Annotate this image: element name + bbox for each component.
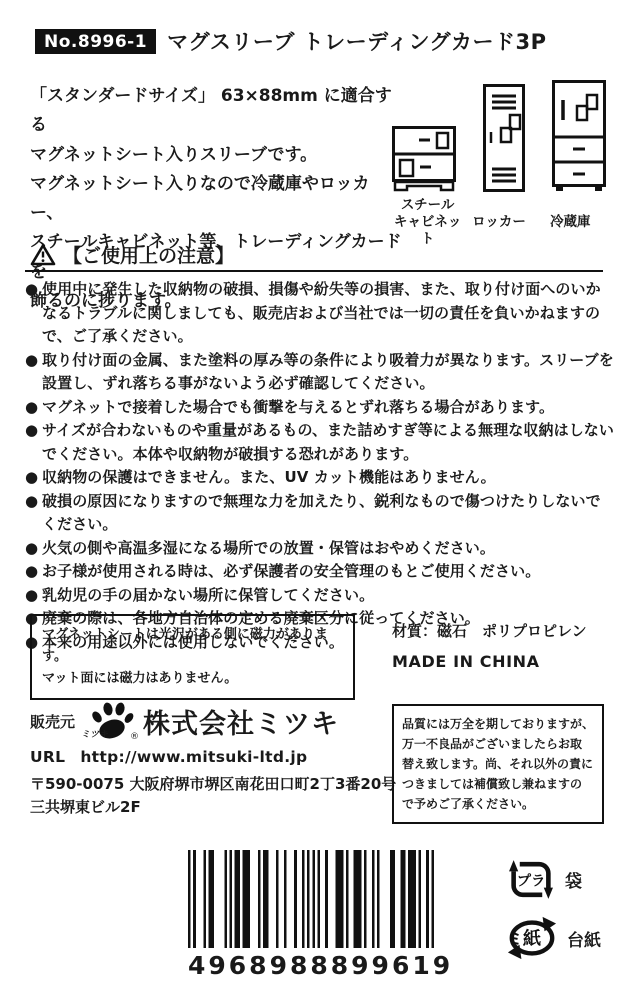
- warning-icon: [30, 243, 56, 266]
- caution-item: ●取り付け面の金属、また塗料の厚み等の条件により吸着力が異なります。スリーブを設…: [25, 349, 615, 396]
- package-back-label: No.8996-1 マグスリーブ トレーディングカード3P 「スタンダードサイズ…: [0, 0, 627, 1000]
- quality-note-line: 替え致します。尚、それ以外の責に: [402, 754, 594, 774]
- product-number-badge: No.8996-1: [35, 29, 156, 54]
- logo-text: ミツキ: [81, 727, 108, 740]
- divider: [25, 270, 603, 272]
- bullet-marker: ●: [25, 419, 42, 443]
- materials-text: 材質：磁石 ポリプロピレン: [392, 620, 587, 641]
- pla-target-label: 袋: [565, 867, 582, 892]
- barcode-block: 4968988899619: [188, 850, 434, 980]
- bullet-marker: ●: [25, 278, 42, 302]
- description-line: 「スタンダードサイズ」 63×88mm に適合する: [30, 82, 402, 141]
- caution-heading: 【ご使用上の注意】: [30, 241, 234, 268]
- caution-heading-text: 【ご使用上の注意】: [63, 241, 234, 268]
- caution-item-text: 破損の原因になりますので無理な力を加えたり、鋭利なもので傷つけたりしないでくださ…: [42, 492, 601, 534]
- seller-address: 〒590-0075 大阪府堺市堺区南花田口町2丁3番20号 三共堺東ビル2F: [30, 773, 396, 819]
- caution-item: ●使用中に発生した収納物の破損、損傷や紛失等の損害、また、取り付け面へのいかなる…: [25, 278, 615, 349]
- caution-item-text: 使用中に発生した収納物の破損、損傷や紛失等の損害、また、取り付け面へのいかなるト…: [42, 280, 601, 345]
- caution-item: ●サイズが合わないものや重量があるもの、また詰めすぎ等による無理な収納はしないで…: [25, 419, 615, 466]
- barcode-number: 4968988899619: [188, 951, 434, 980]
- caution-item-text: マグネットで接着した場合でも衝撃を与えるとずれ落ちる場合があります。: [42, 398, 554, 416]
- product-title: マグスリーブ トレーディングカード3P: [167, 26, 546, 56]
- quality-note-line: 品質には万全を期しておりますが、: [402, 714, 594, 734]
- caution-item-text: 取り付け面の金属、また塗料の厚み等の条件により吸着力が異なります。スリーブを設置…: [42, 351, 614, 393]
- description-line: マグネットシート入りなので冷蔵庫やロッカー、: [30, 170, 402, 229]
- caution-item: ●マグネットで接着した場合でも衝撃を与えるとずれ落ちる場合があります。: [25, 396, 615, 420]
- company-name: 株式会社ミツキ: [143, 702, 339, 741]
- magnet-note-line: マット面には磁力はありません。: [42, 668, 343, 690]
- registered-mark: ®: [130, 732, 139, 742]
- quality-note-line: つきましては補償致し兼ねますの: [402, 774, 594, 794]
- url-label: URL: [30, 748, 65, 766]
- caution-item: ●お子様が使用される時は、必ず保護者の安全管理のもとご使用ください。: [25, 560, 615, 584]
- recycle-marks: プラ 袋 紙 台紙: [506, 856, 621, 973]
- quality-note-box: 品質には万全を期しておりますが、 万一不良品がございましたらお取 替え致します。…: [392, 704, 604, 824]
- locker-icon: [483, 84, 525, 192]
- caution-item: ●乳幼児の手の届かない場所に保管してください。: [25, 584, 615, 608]
- caution-item-text: お子様が使用される時は、必ず保護者の安全管理のもとご使用ください。: [42, 562, 540, 580]
- mitsuki-paw-logo: ミツキ ®: [83, 701, 135, 741]
- plastic-recycle-icon: プラ: [506, 856, 556, 903]
- appliance-icon-row: [392, 80, 606, 192]
- seller-prefix: 販売元: [30, 711, 75, 732]
- refrigerator-label: 冷蔵庫: [535, 197, 606, 248]
- caution-item-text: サイズが合わないものや重量があるもの、また詰めすぎ等による無理な収納はしないでく…: [42, 421, 614, 463]
- caution-item-text: 乳幼児の手の届かない場所に保管してください。: [42, 586, 374, 604]
- caution-item: ●収納物の保護はできません。また、UV カット機能はありません。: [25, 466, 615, 490]
- paper-recycle-row: 紙 台紙: [506, 914, 621, 962]
- caution-list: ●使用中に発生した収納物の破損、損傷や紛失等の損害、また、取り付け面へのいかなる…: [25, 278, 615, 654]
- quality-note-line: 万一不良品がございましたらお取: [402, 734, 594, 754]
- pla-mark-text: プラ: [517, 873, 546, 890]
- magnet-note-box: マグネットシートは光沢がある側に磁力があります。 マット面には磁力はありません。: [30, 614, 355, 700]
- steel-cabinet-icon: [392, 126, 456, 192]
- appliance-labels: スチールキャビネット ロッカー 冷蔵庫: [392, 197, 606, 248]
- refrigerator-icon: [552, 80, 606, 192]
- bullet-marker: ●: [25, 537, 42, 561]
- bullet-marker: ●: [25, 584, 42, 608]
- seller-row: 販売元 ミツキ ® 株式会社ミツキ: [30, 701, 339, 741]
- bullet-marker: ●: [25, 349, 42, 373]
- paper-recycle-icon: 紙: [506, 914, 558, 962]
- barcode-icon: [188, 850, 434, 948]
- bullet-marker: ●: [25, 396, 42, 420]
- caution-item: ●破損の原因になりますので無理な力を加えたり、鋭利なもので傷つけたりしないでくだ…: [25, 490, 615, 537]
- caution-item: ●火気の側や高温多湿になる場所での放置・保管はおやめください。: [25, 537, 615, 561]
- description-line: マグネットシート入りスリーブです。: [30, 141, 402, 170]
- address-line: 〒590-0075 大阪府堺市堺区南花田口町2丁3番20号: [30, 773, 396, 796]
- bullet-marker: ●: [25, 560, 42, 584]
- magnet-note-line: マグネットシートは光沢がある側に磁力があります。: [42, 624, 343, 668]
- caution-item-text: 火気の側や高温多湿になる場所での放置・保管はおやめください。: [42, 539, 495, 557]
- steel-cabinet-label: スチールキャビネット: [392, 197, 463, 248]
- paper-target-label: 台紙: [567, 926, 601, 951]
- pla-recycle-row: プラ 袋: [506, 856, 621, 903]
- paper-mark-text: 紙: [522, 928, 542, 950]
- materials: 材質：磁石 ポリプロピレン MADE IN CHINA: [392, 620, 587, 671]
- caution-item-text: 収納物の保護はできません。また、UV カット機能はありません。: [42, 468, 496, 486]
- quality-note-line: で予めご了承ください。: [402, 794, 594, 814]
- locker-label: ロッカー: [463, 197, 534, 248]
- address-line: 三共堺東ビル2F: [30, 796, 396, 819]
- url-value: http://www.mitsuki-ltd.jp: [80, 748, 307, 766]
- url-row: URL http://www.mitsuki-ltd.jp: [30, 748, 307, 766]
- made-in-text: MADE IN CHINA: [392, 652, 587, 671]
- usage-surface-icons: スチールキャビネット ロッカー 冷蔵庫: [392, 80, 606, 248]
- bullet-marker: ●: [25, 490, 42, 514]
- bullet-marker: ●: [25, 466, 42, 490]
- header: No.8996-1 マグスリーブ トレーディングカード3P: [35, 26, 547, 56]
